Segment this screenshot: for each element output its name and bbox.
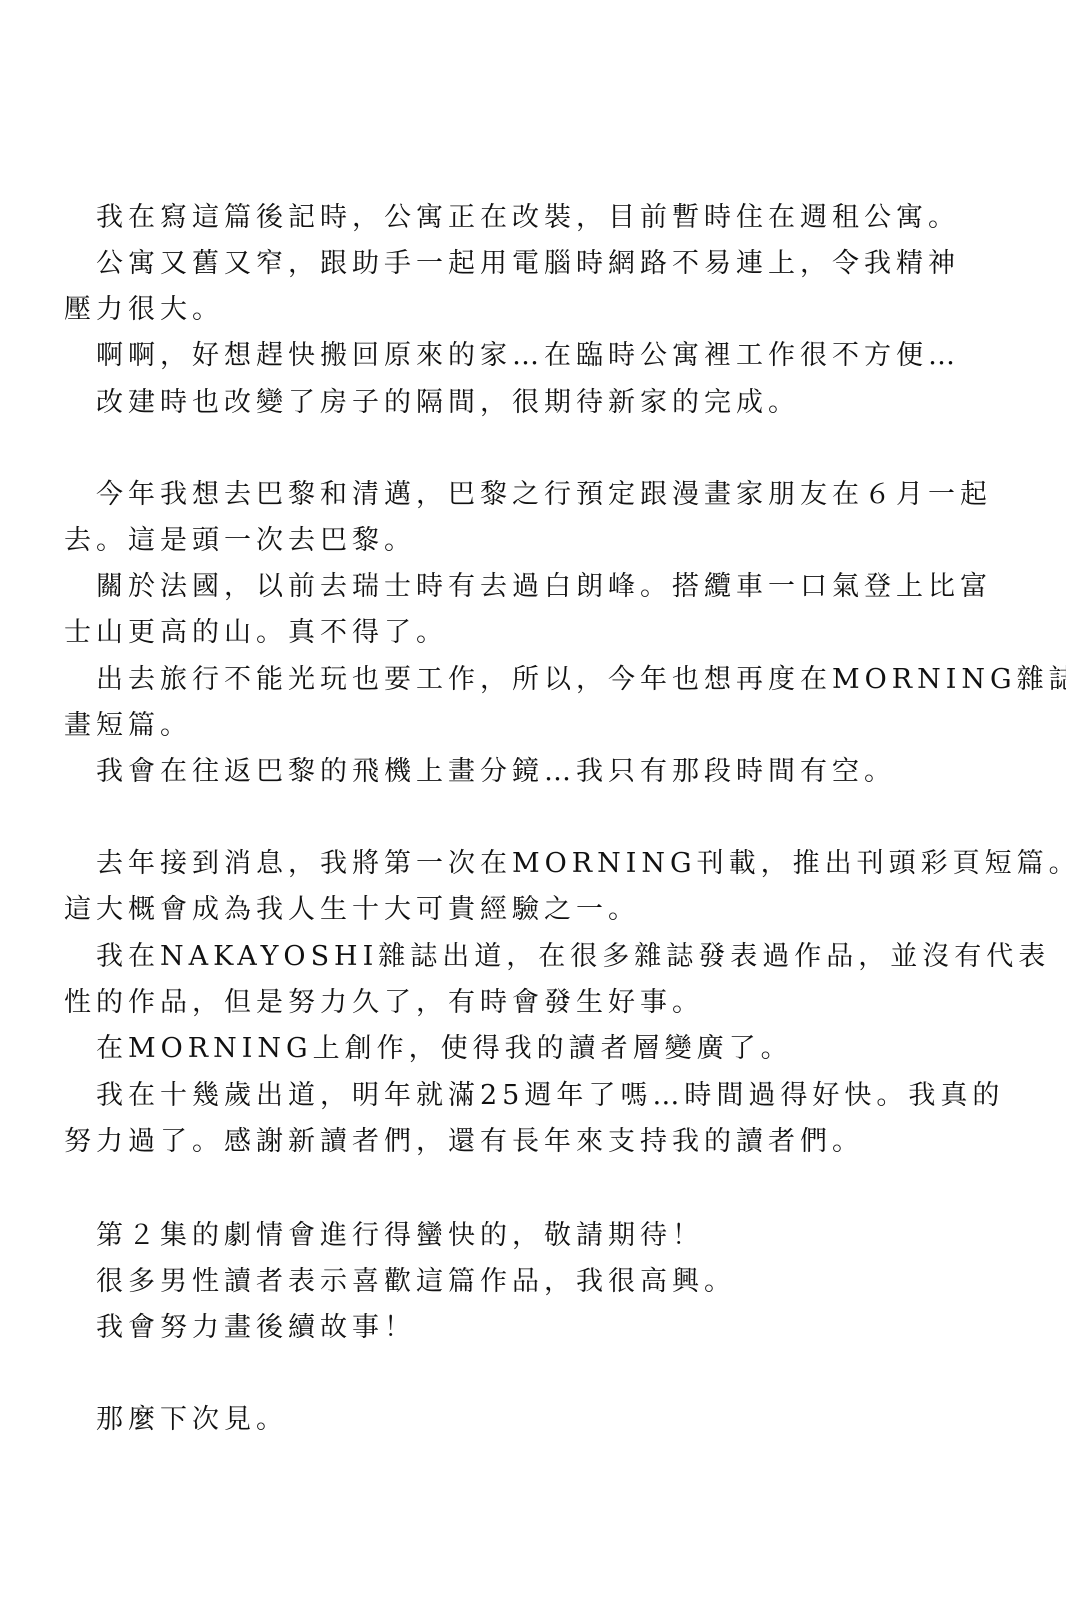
text-line: 壓力很大。 [64, 290, 224, 330]
text-line: 改建時也改變了房子的隔間，很期待新家的完成。 [96, 383, 800, 423]
text-line: 關於法國，以前去瑞士時有去過白朗峰。搭纜車一口氣登上比富 [96, 567, 992, 607]
text-line: 士山更高的山。真不得了。 [64, 613, 448, 653]
text-line: 今年我想去巴黎和清邁，巴黎之行預定跟漫畫家朋友在６月一起 [96, 475, 992, 515]
text-line: 我會在往返巴黎的飛機上畫分鏡…我只有那段時間有空。 [96, 752, 896, 792]
text-line: 第２集的劇情會進行得蠻快的，敬請期待！ [96, 1216, 704, 1256]
text-line: 我在NAKAYOSHI雜誌出道，在很多雜誌發表過作品，並沒有代表 [96, 937, 1050, 977]
document-page: 我在寫這篇後記時，公寓正在改裝，目前暫時住在週租公寓。 公寓又舊又窄，跟助手一起… [0, 0, 1066, 1600]
text-line: 啊啊，好想趕快搬回原來的家…在臨時公寓裡工作很不方便… [96, 336, 960, 376]
text-line: 這大概會成為我人生十大可貴經驗之一。 [64, 890, 640, 930]
text-line: 畫短篇。 [64, 706, 192, 746]
text-line: 去。這是頭一次去巴黎。 [64, 521, 416, 561]
text-line: 我在十幾歲出道，明年就滿25週年了嗎…時間過得好快。我真的 [96, 1076, 1004, 1116]
text-line: 性的作品，但是努力久了，有時會發生好事。 [64, 983, 704, 1023]
text-line: 公寓又舊又窄，跟助手一起用電腦時網路不易連上，令我精神 [96, 244, 960, 284]
text-line: 很多男性讀者表示喜歡這篇作品，我很高興。 [96, 1262, 736, 1302]
text-line: 我在寫這篇後記時，公寓正在改裝，目前暫時住在週租公寓。 [96, 198, 960, 238]
text-line: 去年接到消息，我將第一次在MORNING刊載，推出刊頭彩頁短篇。 [96, 844, 1066, 884]
closing-line: 那麼下次見。 [96, 1400, 288, 1440]
text-line: 努力過了。感謝新讀者們，還有長年來支持我的讀者們。 [64, 1122, 864, 1162]
text-line: 出去旅行不能光玩也要工作，所以，今年也想再度在MORNING雜誌 [96, 660, 1066, 700]
text-line: 在MORNING上創作，使得我的讀者層變廣了。 [96, 1029, 793, 1069]
text-line: 我會努力畫後續故事！ [96, 1308, 416, 1348]
